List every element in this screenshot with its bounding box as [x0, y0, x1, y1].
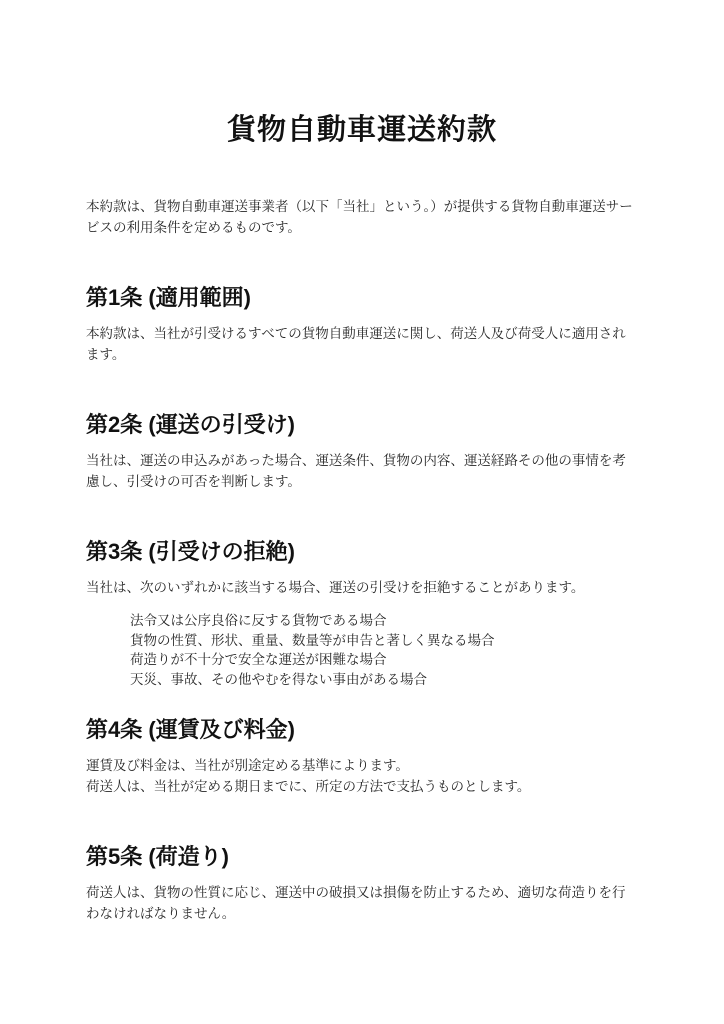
article-section-3: 第3条 (引受けの拒絶) 当社は、次のいずれかに該当する場合、運送の引受けを拒絶…	[86, 539, 638, 689]
article-4-paragraph-2: 荷送人は、当社が定める期日までに、所定の方法で支払うものとします。	[86, 776, 638, 797]
article-section-2: 第2条 (運送の引受け) 当社は、運送の申込みがあった場合、運送条件、貨物の内容…	[86, 412, 638, 492]
document-page: 貨物自動車運送約款 本約款は、貨物自動車運送事業者（以下「当社」という。）が提供…	[0, 0, 724, 1024]
list-item: 天災、事故、その他やむを得ない事由がある場合	[130, 670, 638, 690]
article-3-heading: 第3条 (引受けの拒絶)	[86, 539, 638, 565]
article-section-5: 第5条 (荷造り) 荷送人は、貨物の性質に応じ、運送中の破損又は損傷を防止するた…	[86, 844, 638, 924]
document-intro: 本約款は、貨物自動車運送事業者（以下「当社」という。）が提供する貨物自動車運送サ…	[86, 196, 638, 238]
article-5-heading: 第5条 (荷造り)	[86, 844, 638, 870]
document-title: 貨物自動車運送約款	[86, 112, 638, 148]
article-5-paragraph: 荷送人は、貨物の性質に応じ、運送中の破損又は損傷を防止するため、適切な荷造りを行…	[86, 882, 638, 924]
article-3-paragraph: 当社は、次のいずれかに該当する場合、運送の引受けを拒絶することがあります。	[86, 577, 638, 598]
rejection-conditions-list: 法令又は公序良俗に反する貨物である場合 貨物の性質、形状、重量、数量等が申告と著…	[130, 611, 638, 689]
article-2-heading: 第2条 (運送の引受け)	[86, 412, 638, 438]
article-section-4: 第4条 (運賃及び料金) 運賃及び料金は、当社が別途定める基準によります。 荷送…	[86, 717, 638, 797]
article-1-heading: 第1条 (適用範囲)	[86, 285, 638, 311]
list-item: 法令又は公序良俗に反する貨物である場合	[130, 611, 638, 631]
article-1-paragraph: 本約款は、当社が引受けるすべての貨物自動車運送に関し、荷送人及び荷受人に適用され…	[86, 323, 638, 365]
list-item: 貨物の性質、形状、重量、数量等が申告と著しく異なる場合	[130, 631, 638, 651]
article-2-paragraph: 当社は、運送の申込みがあった場合、運送条件、貨物の内容、運送経路その他の事情を考…	[86, 450, 638, 492]
list-item: 荷造りが不十分で安全な運送が困難な場合	[130, 650, 638, 670]
article-4-paragraph-1: 運賃及び料金は、当社が別途定める基準によります。	[86, 755, 638, 776]
article-4-heading: 第4条 (運賃及び料金)	[86, 717, 638, 743]
article-section-1: 第1条 (適用範囲) 本約款は、当社が引受けるすべての貨物自動車運送に関し、荷送…	[86, 285, 638, 365]
